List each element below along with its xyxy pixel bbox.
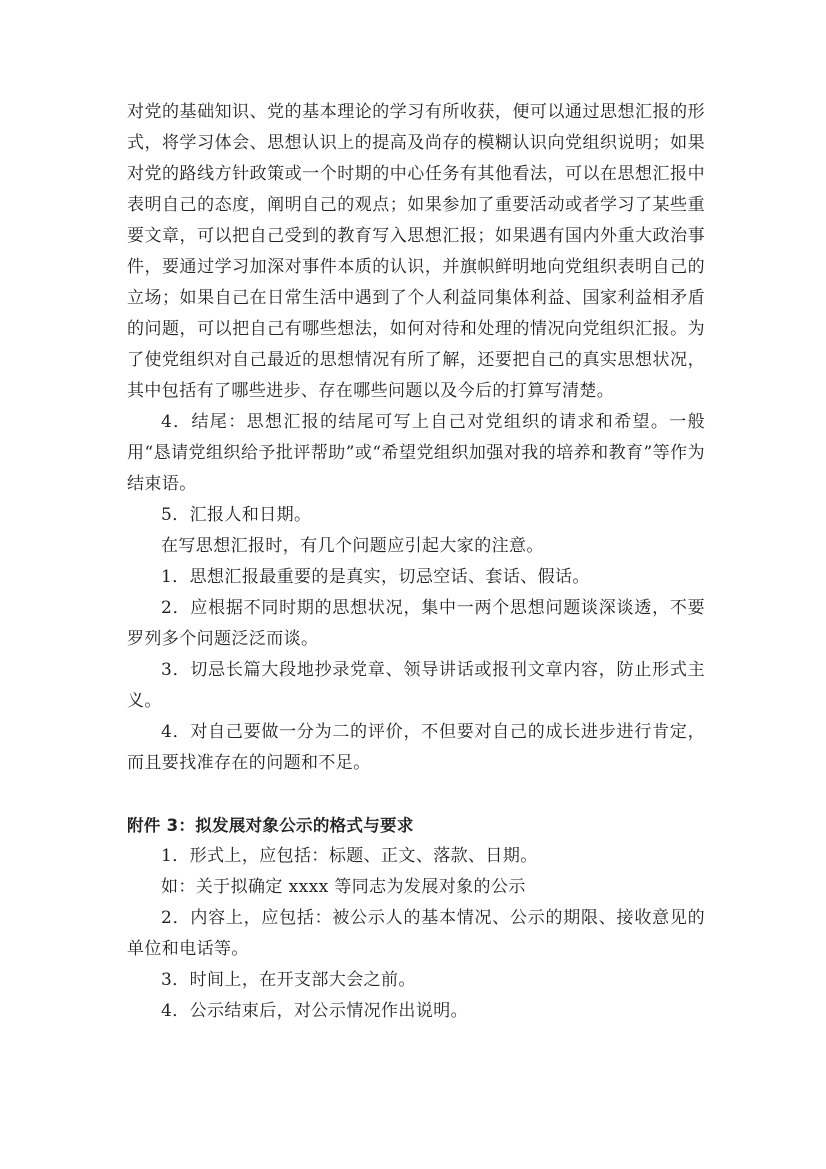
note-item-4: 4．对自己要做一分为二的评价，不但要对自己的成长进步进行肯定，而且要找准存在的问… xyxy=(127,717,705,779)
section-heading: 附件 3：拟发展对象公示的格式与要求 xyxy=(127,810,705,841)
paragraph-continuation: 对党的基础知识、党的基本理论的学习有所收获，便可以通过思想汇报的形式，将学习体会… xyxy=(127,97,705,407)
note-item-1: 1．思想汇报最重要的是真实，切忌空话、套话、假话。 xyxy=(127,562,705,593)
note-item-2: 2．应根据不同时期的思想状况，集中一两个思想问题谈深谈透，不要罗列多个问题泛泛而… xyxy=(127,593,705,655)
paragraph-notes-intro: 在写思想汇报时，有几个问题应引起大家的注意。 xyxy=(127,531,705,562)
paragraph-closing: 4．结尾：思想汇报的结尾可写上自己对党组织的请求和希望。一般用“恳请党组织给予批… xyxy=(127,407,705,500)
requirement-example: 如：关于拟确定 xxxx 等同志为发展对象的公示 xyxy=(127,872,705,903)
requirement-item-1: 1．形式上，应包括：标题、正文、落款、日期。 xyxy=(127,841,705,872)
document-page: 对党的基础知识、党的基本理论的学习有所收获，便可以通过思想汇报的形式，将学习体会… xyxy=(127,97,705,1027)
paragraph-reporter-date: 5．汇报人和日期。 xyxy=(127,500,705,531)
requirement-item-3: 3．时间上，在开支部大会之前。 xyxy=(127,965,705,996)
requirement-item-2: 2．内容上，应包括：被公示人的基本情况、公示的期限、接收意见的单位和电话等。 xyxy=(127,903,705,965)
note-item-3: 3．切忌长篇大段地抄录党章、领导讲话或报刊文章内容，防止形式主义。 xyxy=(127,655,705,717)
requirement-item-4: 4．公示结束后，对公示情况作出说明。 xyxy=(127,996,705,1027)
